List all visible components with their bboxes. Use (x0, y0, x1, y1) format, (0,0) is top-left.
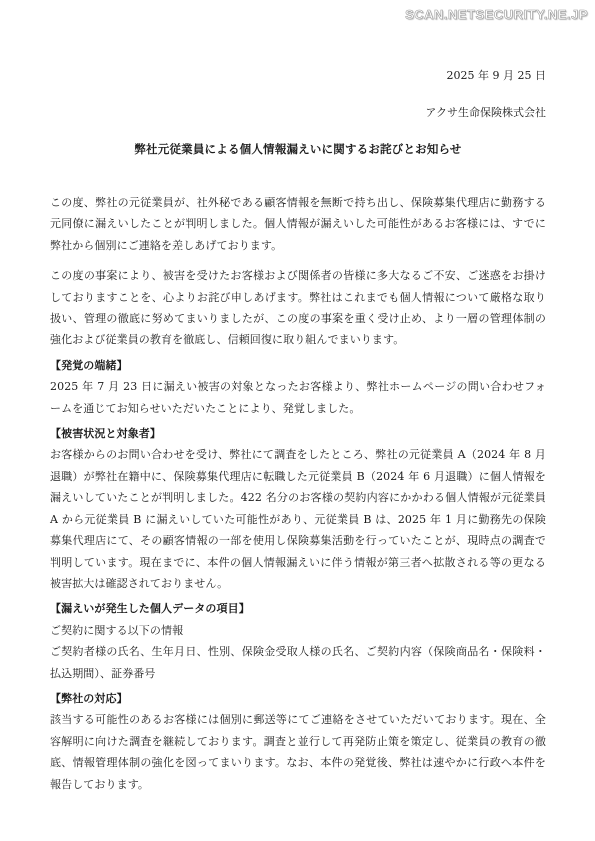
section-leaked-data-items: 【漏えいが発生した個人データの項目】 ご契約に関する以下の情報 ご契約者様の氏名… (50, 598, 546, 684)
document-content: 2025 年 9 月 25 日 アクサ生命保険株式会社 弊社元従業員による個人情… (0, 0, 595, 795)
section-discovery: 【発覚の端緒】 2025 年 7 月 23 日に漏えい被害の対象となったお客様よ… (50, 355, 546, 419)
section-leaked-data-items-list: ご契約者様の氏名、生年月日、性別、保険金受取人様の氏名、ご契約内容（保険商品名・… (50, 641, 546, 684)
section-discovery-body: 2025 年 7 月 23 日に漏えい被害の対象となったお客様より、弊社ホームペ… (50, 376, 546, 419)
section-leaked-data-items-heading: 【漏えいが発生した個人データの項目】 (50, 598, 546, 619)
section-company-response-body: 該当する可能性のあるお客様には個別に郵送等にてご連絡をさせていただいております。… (50, 709, 546, 795)
company-name: アクサ生命保険株式会社 (50, 105, 546, 120)
section-damage-scope: 【被害状況と対象者】 お客様からのお問い合わせを受け、弊社にて調査をしたところ、… (50, 423, 546, 594)
section-leaked-data-items-intro: ご契約に関する以下の情報 (50, 620, 546, 641)
intro-paragraph-2: この度の事案により、被害を受けたお客様および関係者の皆様に多大なるご不安、ご迷惑… (50, 265, 546, 351)
document-date: 2025 年 9 月 25 日 (50, 68, 546, 83)
section-company-response: 【弊社の対応】 該当する可能性のあるお客様には個別に郵送等にてご連絡をさせていた… (50, 688, 546, 795)
document-page: SCAN.NETSECURITY.NE.JP 2025 年 9 月 25 日 ア… (0, 0, 595, 841)
section-damage-scope-heading: 【被害状況と対象者】 (50, 423, 546, 444)
section-damage-scope-body: お客様からのお問い合わせを受け、弊社にて調査をしたところ、弊社の元従業員 A（2… (50, 444, 546, 594)
document-title: 弊社元従業員による個人情報漏えいに関するお詫びとお知らせ (50, 141, 546, 157)
section-discovery-heading: 【発覚の端緒】 (50, 355, 546, 376)
intro-paragraph-1: この度、弊社の元従業員が、社外秘である顧客情報を無断で持ち出し、保険募集代理店に… (50, 192, 546, 256)
section-company-response-heading: 【弊社の対応】 (50, 688, 546, 709)
